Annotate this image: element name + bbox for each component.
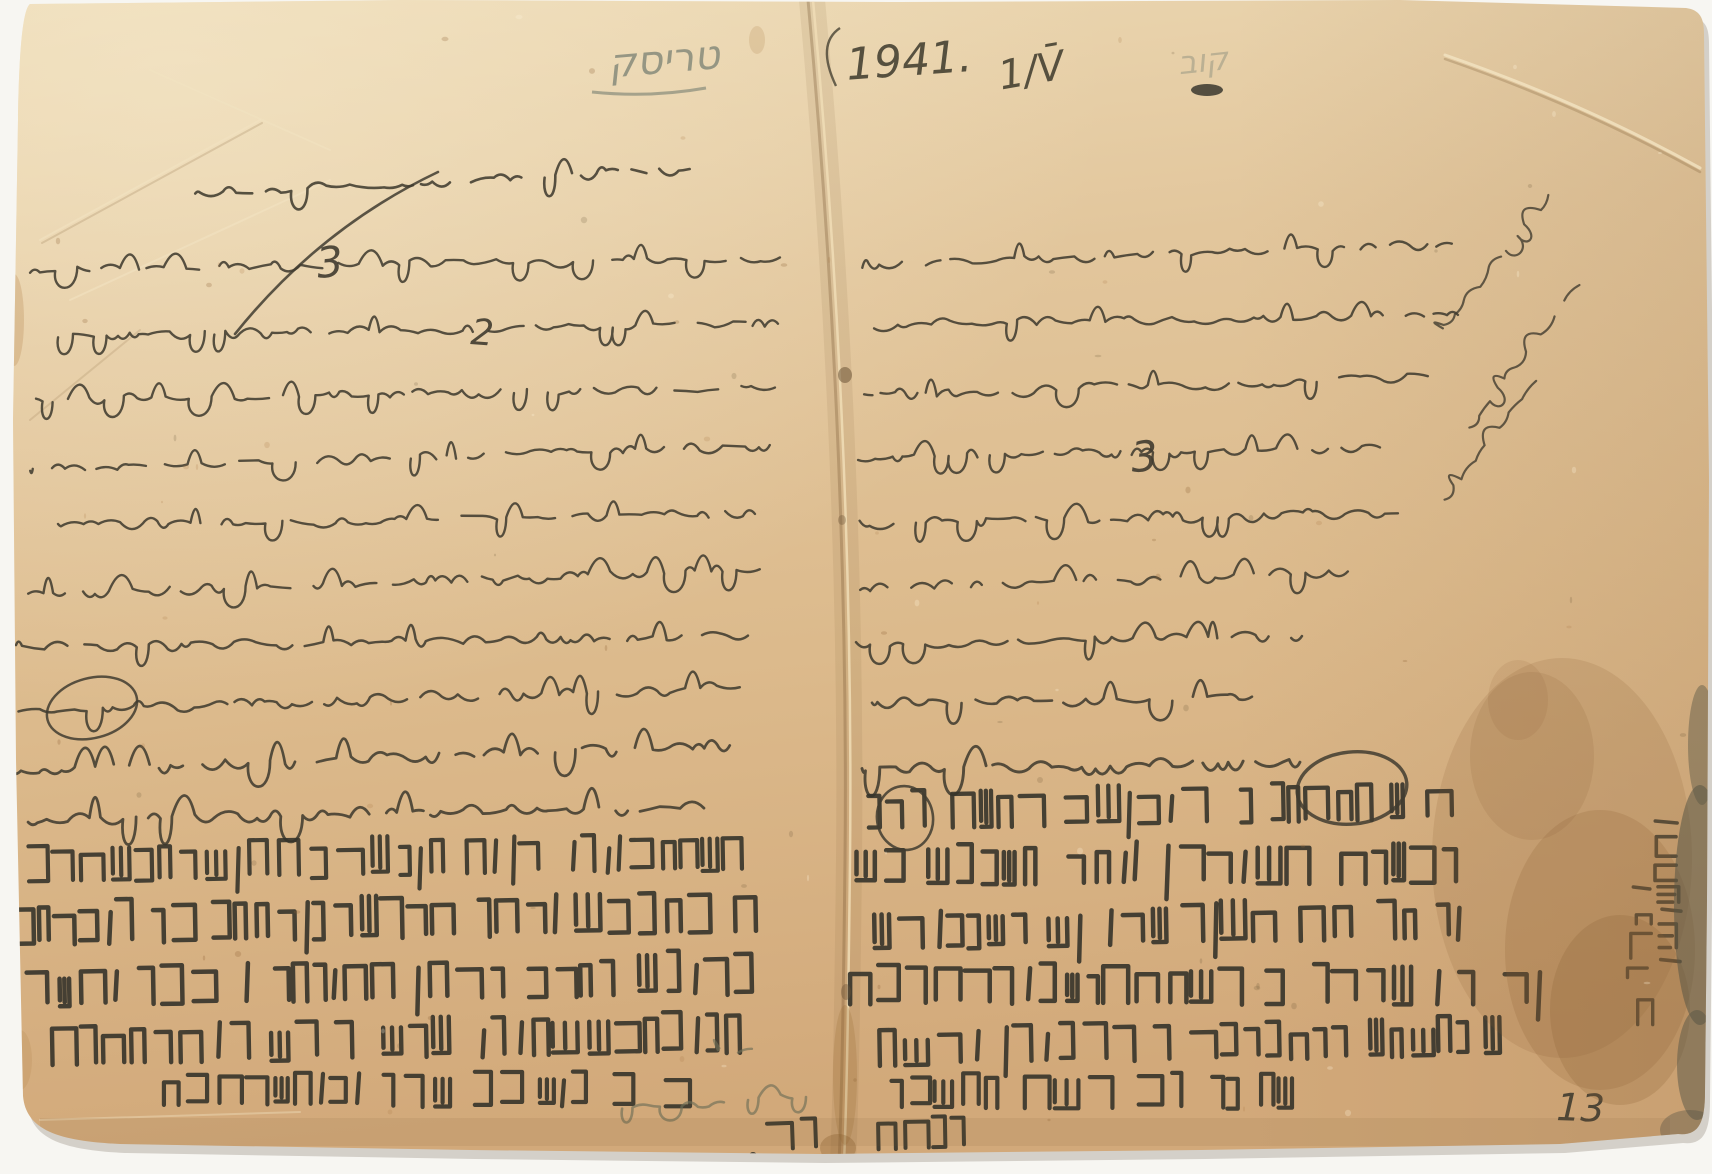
- paper-speck: [1680, 733, 1686, 737]
- paper-speck: [1254, 986, 1261, 991]
- paper-speck: [1037, 601, 1039, 605]
- paper-speck: [1644, 982, 1651, 985]
- paper-speck: [741, 884, 747, 888]
- paper-speck: [414, 382, 418, 386]
- paper-speck: [605, 645, 608, 651]
- paper-speck: [381, 1029, 385, 1034]
- paper-speck: [390, 700, 392, 705]
- paper-speck: [1658, 152, 1662, 154]
- paper-speck: [1103, 280, 1108, 284]
- paper-speck: [183, 465, 189, 470]
- legible-numeral: 3: [1129, 431, 1159, 482]
- paper-speck: [1037, 777, 1043, 783]
- paper-speck: [1528, 184, 1532, 188]
- paper-speck: [1570, 597, 1572, 604]
- paper-speck: [218, 262, 221, 267]
- paper-speck: [137, 792, 142, 798]
- paper-speck: [57, 739, 60, 745]
- paper-speck: [196, 464, 198, 470]
- paper-speck: [881, 631, 887, 635]
- paper-speck: [581, 217, 587, 223]
- paper-speck: [1249, 515, 1254, 521]
- paper-speck: [885, 852, 887, 855]
- paper-speck: [1095, 355, 1102, 357]
- paper-speck: [494, 554, 496, 557]
- paper-speck: [162, 616, 167, 619]
- paper-speck: [828, 257, 831, 263]
- paper-speck: [878, 985, 881, 989]
- paper-speck: [203, 956, 205, 961]
- paper-speck: [668, 294, 674, 299]
- paper-speck: [294, 910, 301, 913]
- paper-speck: [1172, 52, 1175, 55]
- paper-speck: [367, 804, 373, 808]
- corner-pencil-mark: קוב: [1176, 39, 1231, 82]
- paper-speck: [1327, 1066, 1333, 1070]
- paper-speck: [84, 513, 86, 518]
- paper-speck: [516, 15, 523, 19]
- paper-speck: [388, 1110, 393, 1115]
- paper-speck: [397, 1043, 401, 1048]
- pencil-place-annotation: טריסק: [606, 32, 722, 88]
- paper-speck: [240, 268, 245, 273]
- paper-speck: [1185, 487, 1190, 494]
- paper-speck: [1118, 37, 1122, 43]
- legible-numeral: 3: [314, 236, 346, 288]
- paper-speck: [704, 437, 710, 442]
- paper-speck: [442, 37, 449, 41]
- paper-speck: [1291, 1003, 1297, 1010]
- scanned-letter: 32313 טריסק 1941. 1/V̄ קוב: [0, 0, 1712, 1174]
- paper-speck: [680, 1056, 685, 1062]
- paper-speck: [1566, 626, 1571, 629]
- paper-speck: [732, 373, 737, 379]
- paper-speck: [206, 283, 212, 288]
- paper-speck: [1055, 689, 1058, 691]
- fold-blotch: [838, 367, 852, 383]
- paper-speck: [1316, 521, 1322, 525]
- paper-speck: [853, 1078, 856, 1081]
- paper-speck: [1183, 705, 1189, 712]
- paper-speck: [1345, 1110, 1351, 1116]
- paper-speck: [1517, 271, 1520, 278]
- paper-speck: [1552, 111, 1556, 117]
- legible-numeral: 2: [469, 312, 495, 354]
- date-year-annotation: 1941.: [844, 31, 973, 91]
- paper-speck: [1243, 1107, 1245, 1112]
- paper-speck: [721, 1065, 726, 1068]
- paper-speck: [1152, 539, 1156, 541]
- ink-smudge-dot: [1191, 84, 1223, 96]
- paper-speck: [174, 435, 177, 442]
- paper-speck: [915, 600, 920, 607]
- paper-speck: [1403, 660, 1408, 662]
- paper-speck: [264, 442, 270, 448]
- paper-speck: [1434, 249, 1437, 252]
- paper-speck: [589, 68, 595, 74]
- paper-speck: [56, 238, 60, 245]
- paper-speck: [789, 831, 793, 837]
- paper-speck: [428, 1016, 432, 1020]
- paper-speck: [875, 531, 879, 534]
- paper-speck: [1301, 844, 1305, 847]
- paper-speck: [1200, 958, 1203, 963]
- paper-speck: [1049, 270, 1055, 274]
- paper-speck: [161, 501, 163, 504]
- paper-speck: [781, 263, 788, 267]
- paper-speck: [1155, 574, 1160, 581]
- paper-speck: [235, 951, 241, 957]
- paper-speck: [1572, 467, 1576, 474]
- paper-speck: [1077, 848, 1083, 855]
- paper-speck: [1318, 201, 1324, 207]
- paper-speck: [82, 319, 87, 323]
- paper-speck: [1513, 65, 1517, 70]
- paper-speck: [807, 875, 809, 881]
- paper-speck: [1047, 1119, 1050, 1121]
- paper-speck: [675, 320, 680, 324]
- paper-speck: [681, 136, 686, 140]
- paper-speck: [532, 414, 535, 416]
- paper-speck: [141, 743, 145, 748]
- letter-scan-canvas: 32313 טריסק 1941. 1/V̄ קוב: [0, 0, 1712, 1174]
- paper-speck: [251, 860, 256, 866]
- paper-speck: [530, 907, 536, 909]
- paper-speck: [997, 721, 1003, 723]
